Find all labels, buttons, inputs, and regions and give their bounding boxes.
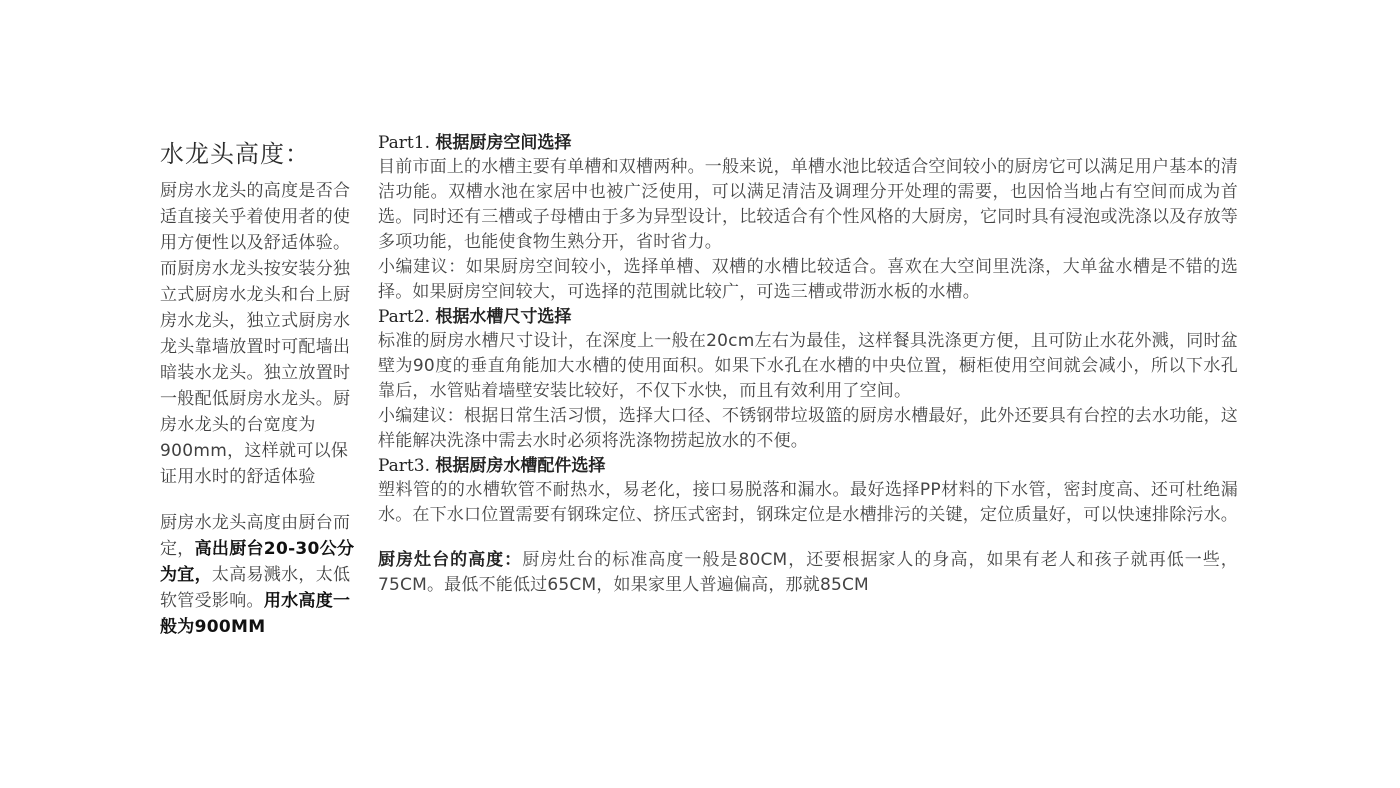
section-body-part2: 标准的厨房水槽尺寸设计，在深度上一般在20cm左右为最佳，这样餐具洗涤更方便，且… [378,329,1238,404]
section-heading-part1: Part1. 根据厨房空间选择 [378,131,1238,155]
faucet-height-title: 水龙头高度： [160,138,360,170]
part-label: Part2. [378,307,430,327]
part-title: 根据厨房水槽配件选择 [435,456,605,476]
section-tip-part1: 小编建议：如果厨房空间较小，选择单槽、双槽的水槽比较适合。喜欢在大空间里洗涤，大… [378,255,1238,305]
stove-height-label: 厨房灶台的高度： [378,550,522,570]
sink-selection-column: Part1. 根据厨房空间选择 目前市面上的水槽主要有单槽和双槽两种。一般来说，… [378,131,1238,598]
section-body-part3: 塑料管的的水槽软管不耐热水，易老化，接口易脱落和漏水。最好选择PP材料的下水管，… [378,478,1238,528]
section-body-part1: 目前市面上的水槽主要有单槽和双槽两种。一般来说，单槽水池比较适合空间较小的厨房它… [378,155,1238,255]
spacer [378,528,1238,548]
section-tip-part2: 小编建议：根据日常生活习惯，选择大口径、不锈钢带垃圾篮的厨房水槽最好，此外还要具… [378,404,1238,454]
faucet-height-column: 水龙头高度： 厨房水龙头的高度是否合适直接关乎着使用者的使用方便性以及舒适体验。… [160,138,360,640]
part-title: 根据水槽尺寸选择 [435,307,571,327]
part-title: 根据厨房空间选择 [435,133,571,153]
part-label: Part3. [378,456,430,476]
section-heading-part3: Part3. 根据厨房水槽配件选择 [378,454,1238,478]
section-heading-part2: Part2. 根据水槽尺寸选择 [378,305,1238,329]
faucet-height-summary: 厨房水龙头高度由厨台而定，高出厨台20-30公分为宜，太高易溅水，太低软管受影响… [160,510,360,640]
faucet-height-paragraph: 厨房水龙头的高度是否合适直接关乎着使用者的使用方便性以及舒适体验。而厨房水龙头按… [160,178,360,490]
part-label: Part1. [378,133,430,153]
stove-height-paragraph: 厨房灶台的高度：厨房灶台的标准高度一般是80CM，还要根据家人的身高，如果有老人… [378,548,1238,598]
